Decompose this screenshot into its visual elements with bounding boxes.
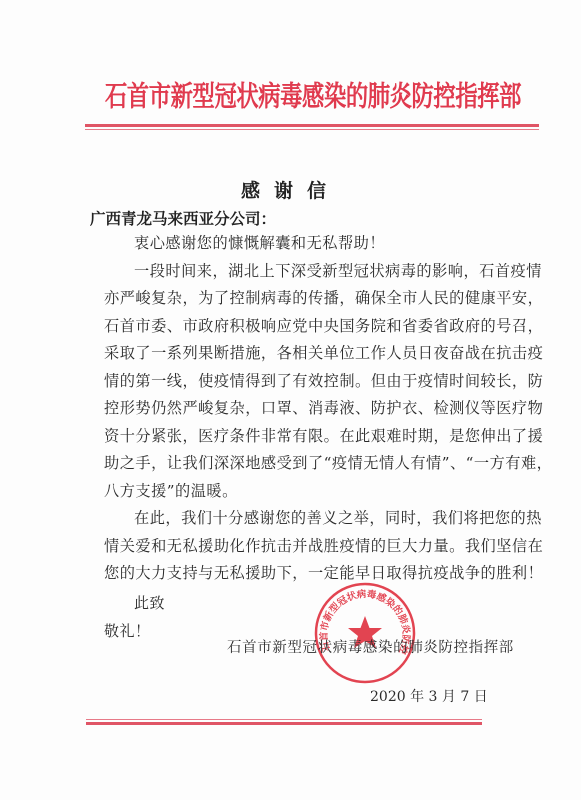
red-star-official-seal-icon: 石首市新型冠状病毒感染的肺炎防控指挥部 [312, 580, 418, 686]
letterhead-rule-thin [85, 129, 539, 130]
paragraph-3-line: 在此，我们十分感谢您的善义之举，同时，我们将把您的热 [104, 505, 518, 533]
letterhead-rule-thick [85, 124, 539, 127]
letter-page: 石首市新型冠状病毒感染的肺炎防控指挥部 感谢信 广西青龙马来西亚分公司： 衷心感… [0, 0, 581, 800]
closing-cizhi: 此致 [104, 590, 165, 618]
signature-org: 石首市新型冠状病毒感染的肺炎防控指挥部 [227, 636, 514, 657]
footer-rule-thin [86, 719, 482, 720]
salutation: 广西青龙马来西亚分公司： [90, 207, 276, 229]
letter-body: 衷心感谢您的慷慨解囊和无私帮助！ 一段时间来，湖北上下深受新型冠状病毒的影响，石… [104, 230, 518, 588]
paragraph-2-line: 助之手，让我们深深地感受到了“疫情无情人有情”、“一方有难， [104, 450, 518, 478]
paragraph-2-line: 一段时间来，湖北上下深受新型冠状病毒的影响，石首疫情 [104, 258, 518, 286]
paragraph-2-line: 采取了一系列果断措施，各相关单位工作人员日夜奋战在抗击疫 [104, 340, 518, 368]
paragraph-2-line: 资十分紧张，医疗条件非常有限。在此艰难时期，是您伸出了援 [104, 423, 518, 451]
paragraph-1-line: 衷心感谢您的慷慨解囊和无私帮助！ [104, 230, 518, 258]
letter-heading: 感谢信 [0, 176, 581, 203]
paragraph-2-line: 亦严峻复杂，为了控制病毒的传播，确保全市人民的健康平安， [104, 285, 518, 313]
signature-date: 2020 年 3 月 7 日 [370, 686, 488, 706]
paragraph-3-line: 情关爱和无私援助化作抗击并战胜疫情的巨大力量。我们坚信在 [104, 533, 518, 561]
paragraph-2-line: 石首市委、市政府积极响应党中央国务院和省委省政府的号召， [104, 313, 518, 341]
closing-jingli: 敬礼！ [104, 618, 165, 646]
closing-block: 此致 敬礼！ [104, 590, 165, 645]
paragraph-2-line: 八方支援”的温暖。 [104, 478, 518, 506]
paragraph-2-line: 情的第一线，使疫情得到了有效控制。但由于疫情时间较长，防 [104, 368, 518, 396]
paragraph-3-line: 您的大力支持与无私援助下，一定能早日取得抗疫战争的胜利！ [104, 560, 518, 588]
paragraph-2-line: 控形势仍然严峻复杂，口罩、消毒液、防护衣、检测仪等医疗物 [104, 395, 518, 423]
letterhead-org-title: 石首市新型冠状病毒感染的肺炎防控指挥部 [88, 74, 538, 114]
footer-rule-thick [86, 722, 482, 725]
